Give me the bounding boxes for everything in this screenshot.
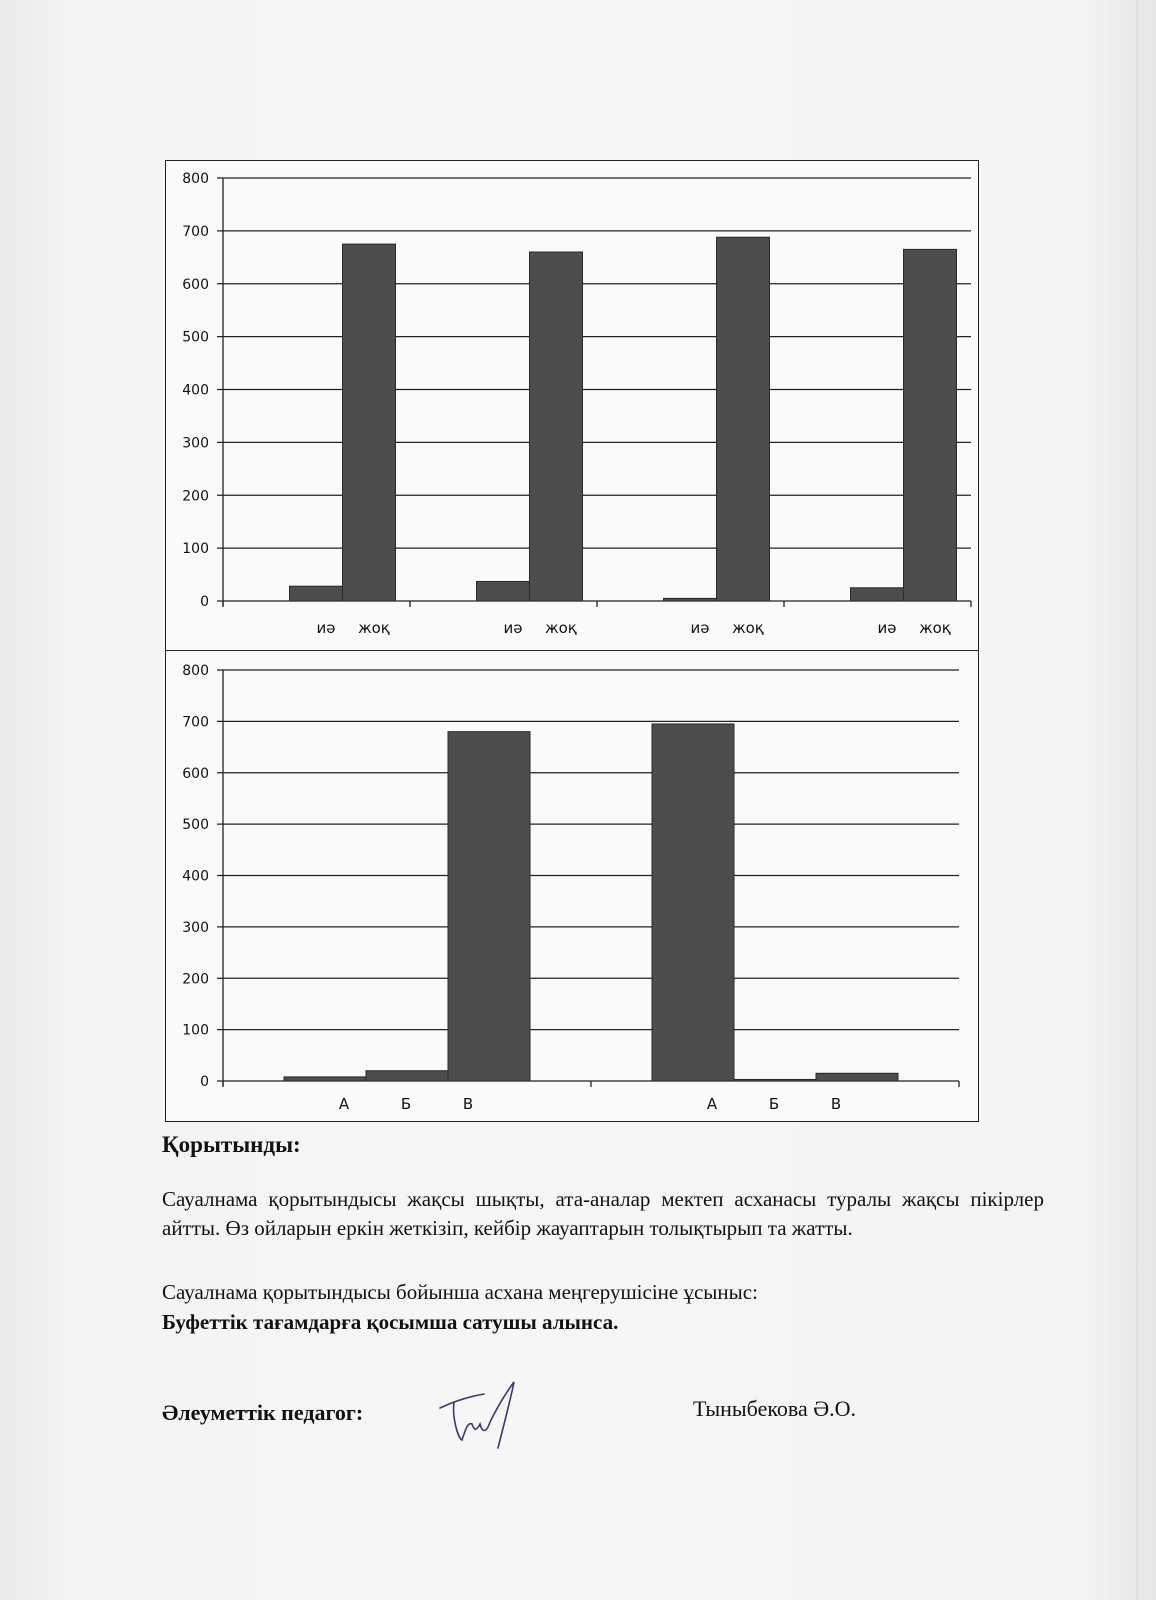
y-tick-label: 600	[182, 766, 209, 782]
category-label: жоқ	[545, 619, 577, 637]
yes-no-bar-chart: 0100200300400500600700800иәжоқиәжоқиәжоқ…	[165, 160, 979, 652]
y-tick-label: 600	[182, 277, 209, 293]
y-tick-label: 0	[200, 1074, 209, 1090]
abc-bar-chart: 0100200300400500600700800АБВАБВ	[165, 650, 979, 1122]
bar	[284, 1077, 366, 1081]
signature-role-label: Әлеуметтік педагог:	[162, 1400, 363, 1426]
y-tick-label: 200	[182, 971, 209, 987]
category-label: жоқ	[732, 619, 764, 637]
category-label: Б	[401, 1095, 411, 1113]
conclusion-paragraph: Сауалнама қорытындысы жақсы шықты, ата-а…	[162, 1185, 1044, 1243]
bar	[290, 586, 343, 601]
y-tick-label: 100	[182, 1023, 209, 1039]
abc-chart-canvas: 0100200300400500600700800АБВАБВ	[166, 651, 978, 1121]
y-tick-label: 700	[182, 224, 209, 240]
proposal-text: Буфеттік тағамдарға қосымша сатушы алынс…	[162, 1308, 1044, 1337]
bar	[343, 244, 396, 601]
category-label: А	[707, 1095, 718, 1113]
bar	[652, 724, 734, 1081]
y-tick-label: 100	[182, 541, 209, 557]
category-label: жоқ	[919, 619, 951, 637]
proposal-intro: Сауалнама қорытындысы бойынша асхана мең…	[162, 1278, 1044, 1307]
category-label: Б	[769, 1095, 779, 1113]
y-tick-label: 800	[182, 663, 209, 679]
y-tick-label: 700	[182, 714, 209, 730]
page-edge	[1136, 0, 1138, 1600]
bar	[366, 1071, 448, 1081]
category-label: иә	[878, 619, 897, 637]
category-label: жоқ	[358, 619, 390, 637]
y-tick-label: 800	[182, 171, 209, 187]
y-tick-label: 200	[182, 488, 209, 504]
category-label: А	[339, 1095, 350, 1113]
bar	[530, 252, 583, 601]
y-tick-label: 0	[200, 594, 209, 610]
bar	[904, 249, 957, 601]
signer-name: Тыныбекова Ә.О.	[693, 1396, 856, 1422]
category-label: В	[831, 1095, 841, 1113]
y-tick-label: 400	[182, 383, 209, 399]
y-tick-label: 300	[182, 920, 209, 936]
category-label: иә	[317, 619, 336, 637]
bar	[851, 588, 904, 601]
y-tick-label: 500	[182, 330, 209, 346]
bar	[477, 581, 530, 601]
bar	[734, 1079, 816, 1081]
y-tick-label: 400	[182, 869, 209, 885]
conclusion-heading: Қорытынды:	[162, 1130, 1044, 1159]
category-label: иә	[504, 619, 523, 637]
yes-no-chart-canvas: 0100200300400500600700800иәжоқиәжоқиәжоқ…	[166, 161, 978, 651]
bar	[717, 237, 770, 601]
handwritten-signature-icon	[432, 1378, 532, 1458]
bar	[664, 598, 717, 601]
category-label: В	[463, 1095, 473, 1113]
bar	[816, 1073, 898, 1081]
category-label: иә	[691, 619, 710, 637]
y-tick-label: 500	[182, 817, 209, 833]
bar	[448, 732, 530, 1081]
y-tick-label: 300	[182, 435, 209, 451]
